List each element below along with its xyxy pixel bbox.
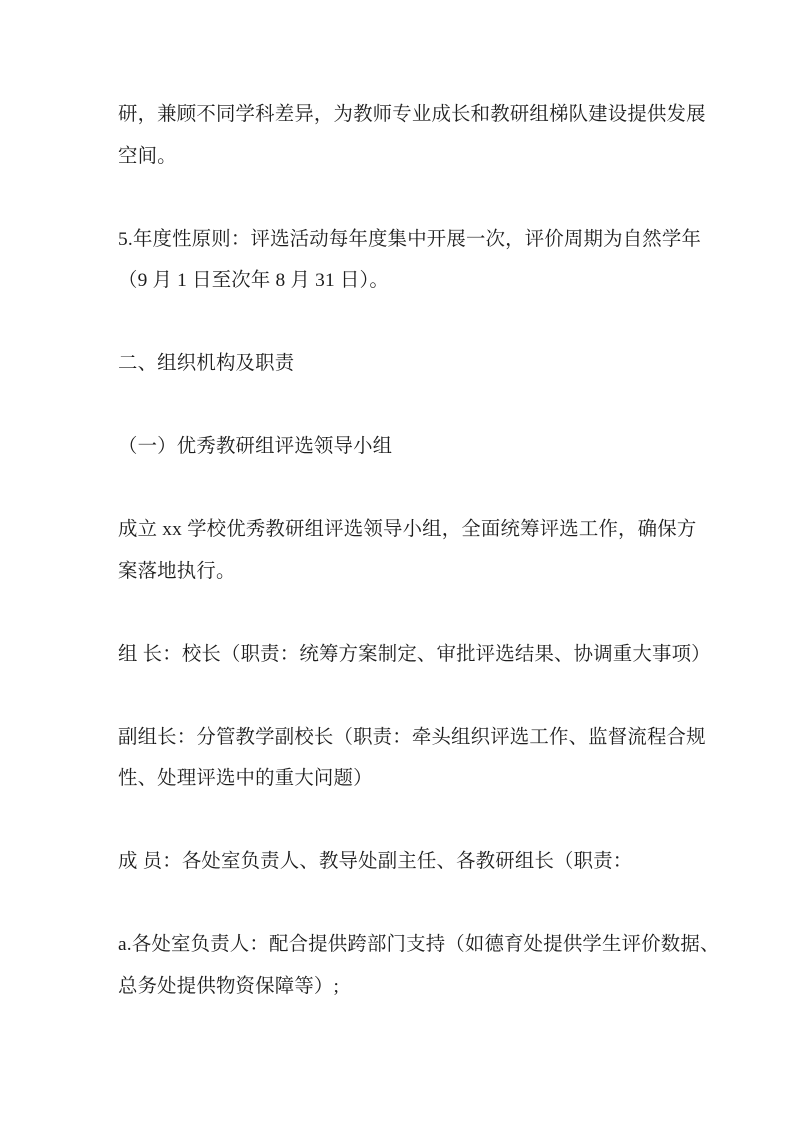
text-line: 成 员：各处室负责人、教导处副主任、各教研组长（职责： xyxy=(118,841,680,883)
text-line: 总务处提供物资保障等）; xyxy=(118,966,680,1008)
text-line: 组 长：校长（职责：统筹方案制定、审批评选结果、协调重大事项） xyxy=(118,634,680,676)
text-line: 研，兼顾不同学科差异，为教师专业成长和教研组梯队建设提供发展 xyxy=(118,94,680,136)
paragraph: a.各处室负责人：配合提供跨部门支持（如德育处提供学生评价数据、总务处提供物资保… xyxy=(118,924,680,1007)
text-line: 案落地执行。 xyxy=(118,551,680,593)
text-line: a.各处室负责人：配合提供跨部门支持（如德育处提供学生评价数据、 xyxy=(118,924,680,966)
document-content: 研，兼顾不同学科差异，为教师专业成长和教研组梯队建设提供发展空间。5.年度性原则… xyxy=(118,94,680,1007)
text-line: 二、组织机构及职责 xyxy=(118,343,680,385)
text-line: （9 月 1 日至次年 8 月 31 日）。 xyxy=(118,260,680,302)
paragraph: 组 长：校长（职责：统筹方案制定、审批评选结果、协调重大事项） xyxy=(118,634,680,676)
text-line: 性、处理评选中的重大问题） xyxy=(118,758,680,800)
paragraph: 副组长：分管教学副校长（职责：牵头组织评选工作、监督流程合规性、处理评选中的重大… xyxy=(118,717,680,800)
paragraph: 成 员：各处室负责人、教导处副主任、各教研组长（职责： xyxy=(118,841,680,883)
paragraph: 研，兼顾不同学科差异，为教师专业成长和教研组梯队建设提供发展空间。 xyxy=(118,94,680,177)
text-line: 5.年度性原则：评选活动每年度集中开展一次，评价周期为自然学年 xyxy=(118,219,680,261)
text-line: 成立 xx 学校优秀教研组评选领导小组，全面统筹评选工作，确保方 xyxy=(118,509,680,551)
paragraph: 成立 xx 学校优秀教研组评选领导小组，全面统筹评选工作，确保方案落地执行。 xyxy=(118,509,680,592)
paragraph: 二、组织机构及职责 xyxy=(118,343,680,385)
text-line: 空间。 xyxy=(118,136,680,178)
text-line: （一）优秀教研组评选领导小组 xyxy=(118,426,680,468)
paragraph: 5.年度性原则：评选活动每年度集中开展一次，评价周期为自然学年（9 月 1 日至… xyxy=(118,219,680,302)
document-page: 研，兼顾不同学科差异，为教师专业成长和教研组梯队建设提供发展空间。5.年度性原则… xyxy=(0,0,793,1122)
text-line: 副组长：分管教学副校长（职责：牵头组织评选工作、监督流程合规 xyxy=(118,717,680,759)
paragraph: （一）优秀教研组评选领导小组 xyxy=(118,426,680,468)
